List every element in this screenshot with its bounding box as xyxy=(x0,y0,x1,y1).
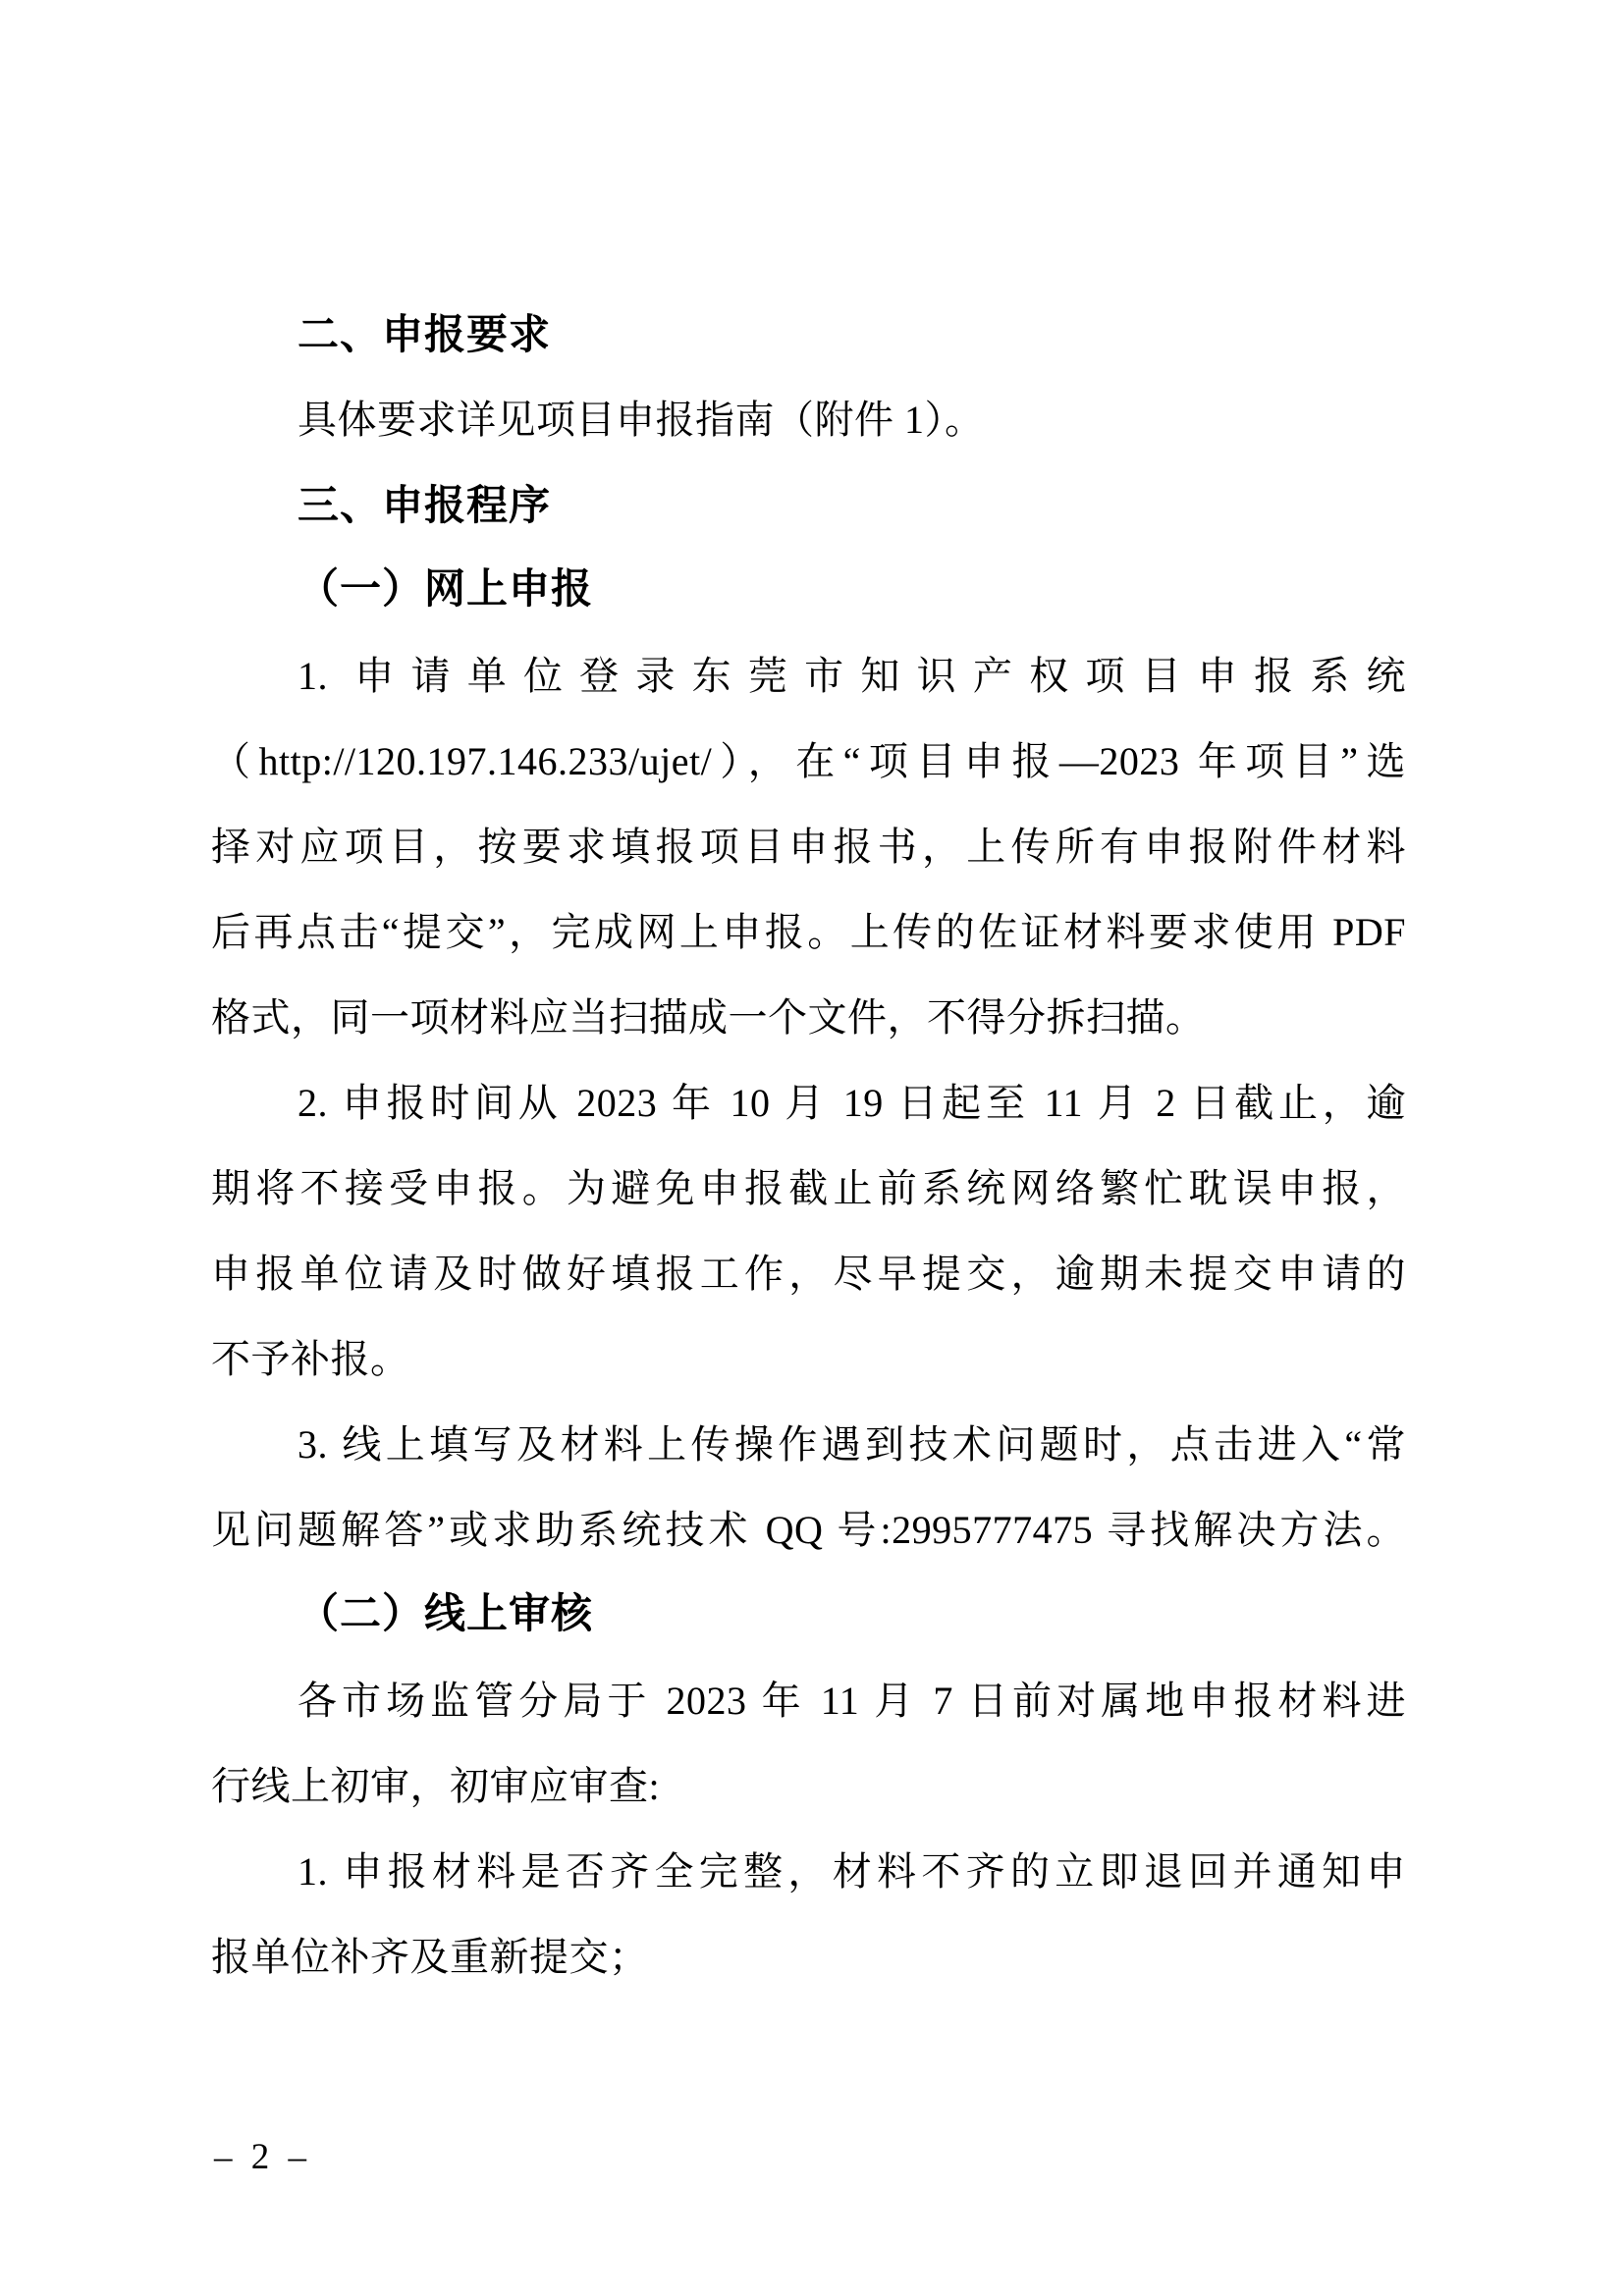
para-completeness-line-2: 报单位补齐及重新提交； xyxy=(211,1914,1406,2000)
para-online-filing-line-4: 后再点击“提交”，完成网上申报。上传的佐证材料要求使用 PDF xyxy=(211,889,1406,975)
subsection-2-heading: （二）线上审核 xyxy=(211,1573,1406,1658)
para-online-filing-line-1: 1. 申请单位登录东莞市知识产权项目申报系统 xyxy=(211,633,1406,719)
section-3-heading: 三、申报程序 xyxy=(211,462,1406,548)
para-online-filing-line-2: （http://120.197.146.233/ujet/），在“项目申报—20… xyxy=(211,719,1406,804)
para-deadline-line-4: 不予补报。 xyxy=(211,1316,1406,1402)
para-online-review-line-2: 行线上初审，初审应审查: xyxy=(211,1743,1406,1829)
document-page: 二、申报要求 具体要求详见项目申报指南（附件 1）。 三、申报程序 （一）网上申… xyxy=(0,0,1624,2296)
document-body: 二、申报要求 具体要求详见项目申报指南（附件 1）。 三、申报程序 （一）网上申… xyxy=(211,292,1406,2000)
para-tech-support-line-2: 见问题解答”或求助系统技术 QQ 号:2995777475 寻找解决方法。 xyxy=(211,1487,1406,1573)
para-online-filing-line-3: 择对应项目，按要求填报项目申报书，上传所有申报附件材料 xyxy=(211,804,1406,889)
para-deadline-line-1: 2. 申报时间从 2023 年 10 月 19 日起至 11 月 2 日截止，逾 xyxy=(211,1060,1406,1146)
para-online-review-line-1: 各市场监管分局于 2023 年 11 月 7 日前对属地申报材料进 xyxy=(211,1658,1406,1743)
para-deadline-line-2: 期将不接受申报。为避免申报截止前系统网络繁忙耽误申报， xyxy=(211,1146,1406,1231)
subsection-1-heading: （一）网上申报 xyxy=(211,548,1406,633)
para-online-filing-line-5: 格式，同一项材料应当扫描成一个文件，不得分拆扫描。 xyxy=(211,975,1406,1060)
page-number: – 2 – xyxy=(214,2128,306,2187)
para-deadline-line-3: 申报单位请及时做好填报工作，尽早提交，逾期未提交申请的 xyxy=(211,1231,1406,1316)
para-tech-support-line-1: 3. 线上填写及材料上传操作遇到技术问题时，点击进入“常 xyxy=(211,1402,1406,1487)
section-2-heading: 二、申报要求 xyxy=(211,292,1406,377)
para-requirements: 具体要求详见项目申报指南（附件 1）。 xyxy=(211,377,1406,462)
para-completeness-line-1: 1. 申报材料是否齐全完整，材料不齐的立即退回并通知申 xyxy=(211,1829,1406,1914)
